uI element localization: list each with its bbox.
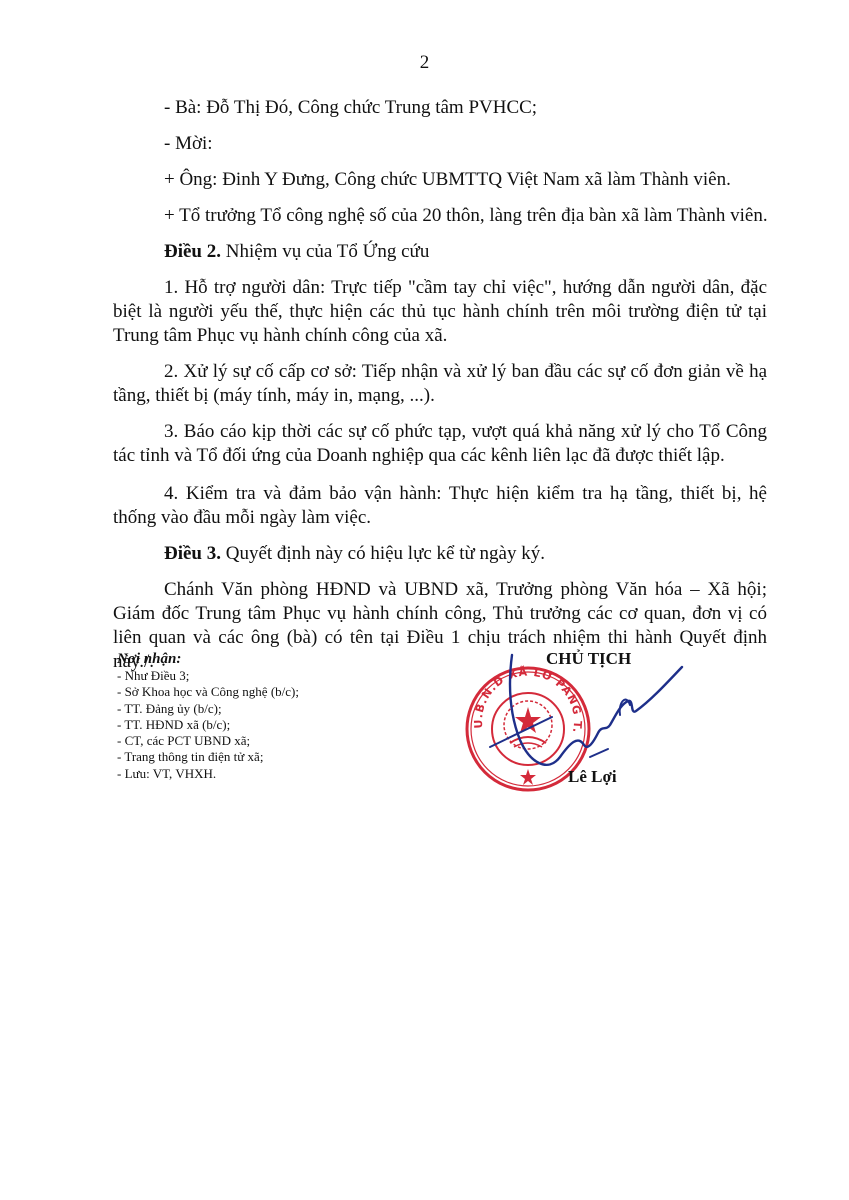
article-2-item: 4. Kiểm tra và đảm bảo vận hành: Thực hi… <box>113 482 767 530</box>
recipient-item: - Như Điều 3; <box>117 668 299 684</box>
document-body: - Bà: Đỗ Thị Đó, Công chức Trung tâm PVH… <box>113 96 767 686</box>
article-2-item: 1. Hỗ trợ người dân: Trực tiếp "cầm tay … <box>113 276 767 348</box>
member-line: + Tổ trưởng Tổ công nghệ số của 20 thôn,… <box>113 204 767 228</box>
article-2-label: Điều 2. <box>164 241 221 262</box>
member-line: + Ông: Đinh Y Đưng, Công chức UBMTTQ Việ… <box>113 168 767 192</box>
article-2-title: Nhiệm vụ của Tổ Ứng cứu <box>221 241 429 262</box>
article-2-heading: Điều 2. Nhiệm vụ của Tổ Ứng cứu <box>113 240 767 264</box>
signer-title: CHỦ TỊCH <box>546 649 631 669</box>
recipient-item: - Sở Khoa học và Công nghệ (b/c); <box>117 684 299 700</box>
article-2-item: 2. Xử lý sự cố cấp cơ sở: Tiếp nhận và x… <box>113 360 767 408</box>
recipients-block: Nơi nhận: - Như Điều 3; - Sở Khoa học và… <box>117 650 299 782</box>
page-number: 2 <box>0 52 849 74</box>
recipient-item: - TT. Đảng ủy (b/c); <box>117 701 299 717</box>
recipient-item: - CT, các PCT UBND xã; <box>117 733 299 749</box>
recipient-item: - Trang thông tin điện tử xã; <box>117 749 299 765</box>
article-3-label: Điều 3. <box>164 543 221 564</box>
article-3-text: Quyết định này có hiệu lực kể từ ngày ký… <box>221 543 545 564</box>
recipient-item: - Lưu: VT, VHXH. <box>117 766 299 782</box>
signature-block: U.B.N.D XÃ LƠ PANG T.GIA LAI CHỦ TỊCH Lê… <box>460 645 720 805</box>
member-line: - Mời: <box>113 132 767 156</box>
article-3: Điều 3. Quyết định này có hiệu lực kể từ… <box>113 542 767 566</box>
article-2-item: 3. Báo cáo kịp thời các sự cố phức tạp, … <box>113 420 767 468</box>
recipient-item: - TT. HĐND xã (b/c); <box>117 717 299 733</box>
member-line: - Bà: Đỗ Thị Đó, Công chức Trung tâm PVH… <box>113 96 767 120</box>
recipients-title: Nơi nhận: <box>117 650 299 668</box>
signer-name: Lê Lợi <box>568 767 617 787</box>
